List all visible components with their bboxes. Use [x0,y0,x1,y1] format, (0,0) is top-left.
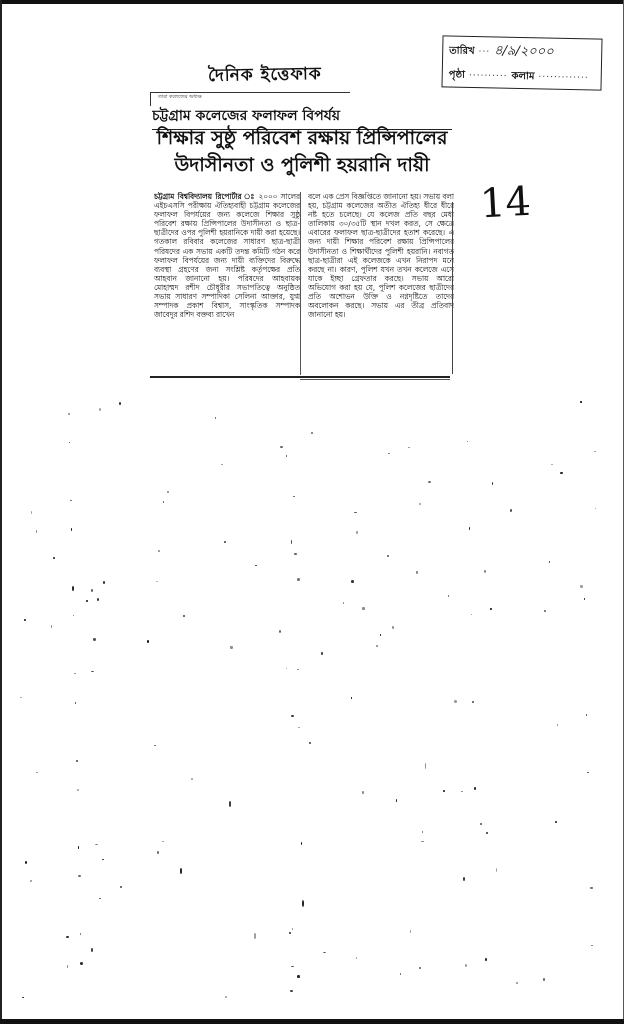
scan-speck [474,787,475,790]
scan-speck [78,846,80,849]
scan-speck [586,714,587,716]
scan-speck [291,715,294,717]
stamp-dots: ··· [478,47,490,57]
scan-speck [73,615,74,616]
scan-speck [225,996,228,998]
scan-speck [362,607,365,609]
scan-speck [480,823,481,825]
scan-speck [590,887,593,888]
scan-speck [76,760,78,762]
scan-speck [80,962,83,965]
scan-speck [492,482,493,485]
scan-speck [91,948,93,952]
scan-speck [490,608,492,609]
scan-speck [71,528,72,530]
stamp-column-label: কলাম [511,69,534,86]
scan-speck [69,442,70,444]
scan-speck [78,875,81,877]
scan-speck [25,861,27,863]
scan-speck [388,453,390,454]
date-stamp: তারিখ ··· ৪/৯/২০০০ পৃষ্ঠা ·········· কলা… [441,35,602,90]
scan-speck [323,952,326,953]
scan-speck [286,668,288,669]
clip-border [452,202,453,374]
scan-speck [551,464,553,465]
scan-speck [183,615,185,617]
stamp-page-row: পৃষ্ঠা ·········· কলাম ············· [449,67,595,87]
scan-speck [343,602,344,605]
scan-speck [292,928,293,930]
scan-speck [67,965,68,968]
scan-speck [36,530,38,533]
scan-speck [465,964,467,967]
scan-speck [103,581,105,583]
scan-speck [422,831,423,832]
scan-speck [448,595,449,597]
scan-speck [254,933,256,938]
scan-speck [147,640,149,642]
scan-speck [351,697,352,698]
scan-speck [24,619,26,621]
column-divider [300,192,301,375]
scan-speck [167,491,169,493]
scan-speck [86,600,87,602]
clip-bottom-border [300,379,450,380]
headline-line-2: উদাসীনতা ও পুলিশী হয়রানি দায়ী [150,152,454,179]
scan-speck [309,742,310,743]
handwritten-page-number: 14 [479,179,532,228]
scan-speck [555,821,558,823]
scan-speck [298,727,300,728]
scan-speck [362,791,364,794]
scan-speck [376,645,379,647]
scan-speck [396,799,397,802]
stamp-dots: ·········· [469,71,508,82]
scan-speck [75,702,76,704]
scan-speck [120,886,122,888]
scan-speck [580,585,583,587]
scan-speck [99,408,101,411]
scan-speck [421,841,424,843]
stamp-date-row: তারিখ ··· ৪/৯/২০০০ [449,40,595,64]
scan-speck [302,900,304,907]
scan-speck [419,503,420,505]
scan-speck [20,697,22,698]
scan-speck [224,541,226,543]
scan-speck [580,401,582,403]
scan-speck [297,975,299,978]
scan-speck [293,496,295,498]
scan-speck [162,841,164,843]
stamp-dots: ············· [538,72,588,83]
scan-speck [290,990,293,992]
scan-speck [560,472,562,474]
scan-speck [102,859,104,860]
article-column-2: বলে এক প্রেস বিজ্ঞপ্তিতে জানানো হয়। সভা… [308,192,454,375]
scan-speck [443,790,445,792]
scan-speck [221,464,223,465]
scan-left-edge [0,0,2,1024]
scan-speck [119,402,122,405]
scan-speck [72,586,74,591]
newspaper-masthead: দৈনিক ইত্তেফাক [208,61,322,91]
scan-speck [354,512,357,514]
article-column-1: চট্টগ্রাম বিশ্ববিদ্যালয় রিপোর্টার ঃ ২০০… [154,192,300,375]
scan-speck [68,413,70,416]
scan-speck [91,589,93,592]
scan-speck [408,447,410,448]
scan-bottom-edge [0,1019,624,1024]
scan-speck [410,930,411,933]
scan-speck [80,933,81,935]
scan-speck [387,555,389,556]
scan-speck [66,936,68,938]
scan-speck [154,745,156,746]
scan-speck [279,630,281,633]
scan-speck [587,772,589,774]
scan-speck [163,501,164,502]
scan-speck [91,671,94,672]
scan-speck [549,561,550,562]
column-1-text: ২০০০ সালের এইচএসসি পরীক্ষায় ঐতিহ্যবাহী … [154,192,300,319]
scan-speck [311,432,313,434]
scan-speck [280,446,283,448]
clip-top-tag: তারা কলেজের অধ্যক্ষ [158,94,202,102]
scan-speck [467,441,469,443]
scan-speck [463,877,465,881]
scan-speck [158,550,160,552]
scan-speck [356,957,357,959]
scan-speck [301,842,303,845]
stamp-page-label: পৃষ্ঠা [449,67,466,84]
clip-border [150,92,151,106]
scan-speck [99,898,101,899]
scan-speck [510,509,512,513]
scan-speck [419,967,420,970]
scan-speck [22,997,24,998]
clip-border [150,92,350,93]
clip-bottom-border [150,376,450,378]
scan-speck [31,511,33,514]
scan-speck [53,557,55,559]
scan-speck [594,451,597,452]
scan-speck [351,580,354,583]
scan-speck [157,851,159,854]
column-2-text: বলে এক প্রেস বিজ্ঞপ্তিতে জানানো হয়। সভা… [308,192,454,319]
scan-speck [286,455,287,457]
scan-speck [454,700,457,703]
scan-speck [191,778,193,780]
article-body: চট্টগ্রাম বিশ্ববিদ্যালয় রিপোর্টার ঃ ২০০… [154,192,454,375]
scan-speck [36,772,37,774]
scan-speck [471,614,473,615]
stamp-date-value: ৪/৯/২০০০ [494,41,554,63]
scan-speck [77,789,80,792]
scan-speck [70,500,72,502]
scan-speck [230,646,232,649]
scan-speck [595,508,596,509]
scan-speck [289,932,291,934]
scan-speck [297,578,300,581]
scan-speck [321,652,324,655]
scan-speck [180,868,183,875]
scan-speck [392,626,394,629]
article-byline: চট্টগ্রাম বিশ্ববিদ্যালয় রিপোর্টার ঃ [154,192,255,201]
scan-speck [255,565,257,566]
scan-speck [486,832,488,834]
scan-speck [356,531,358,533]
scan-speck [51,625,53,628]
scan-speck [229,801,231,807]
news-clipping: তারা কলেজের অধ্যক্ষ চট্টগ্রাম কলেজের ফলা… [150,92,454,382]
scan-speck [591,945,592,946]
scan-speck [543,978,545,981]
scan-speck [557,724,558,726]
scan-speck [472,701,473,703]
scan-speck [215,417,216,419]
scan-speck [97,598,99,601]
scan-speck [584,598,586,600]
stamp-date-label: তারিখ [449,43,475,61]
scan-speck [485,958,487,961]
scan-speck [294,553,297,555]
scan-speck [461,791,463,792]
scan-speck [93,638,96,640]
scan-speck [484,570,486,573]
scan-speck [516,982,518,984]
scan-speck [544,610,545,611]
scan-speck [156,581,159,582]
scan-speck [425,763,426,769]
scan-speck [95,844,98,845]
headline-line-1: শিক্ষার সুষ্ঠু পরিবেশ রক্ষায় প্রিন্সিপা… [150,125,454,152]
scan-speck [469,527,471,529]
scan-speck [30,880,32,882]
scan-speck [416,571,417,574]
scan-speck [428,481,431,483]
scan-speck [74,673,76,674]
scan-speck [400,973,401,975]
scan-speck [380,634,381,635]
scan-top-edge [0,0,624,4]
scan-speck [291,540,292,544]
scan-speck [297,669,299,670]
article-headline: শিক্ষার সুষ্ঠু পরিবেশ রক্ষায় প্রিন্সিপা… [150,125,454,179]
scan-speck [291,966,293,967]
scan-speck [496,868,497,872]
